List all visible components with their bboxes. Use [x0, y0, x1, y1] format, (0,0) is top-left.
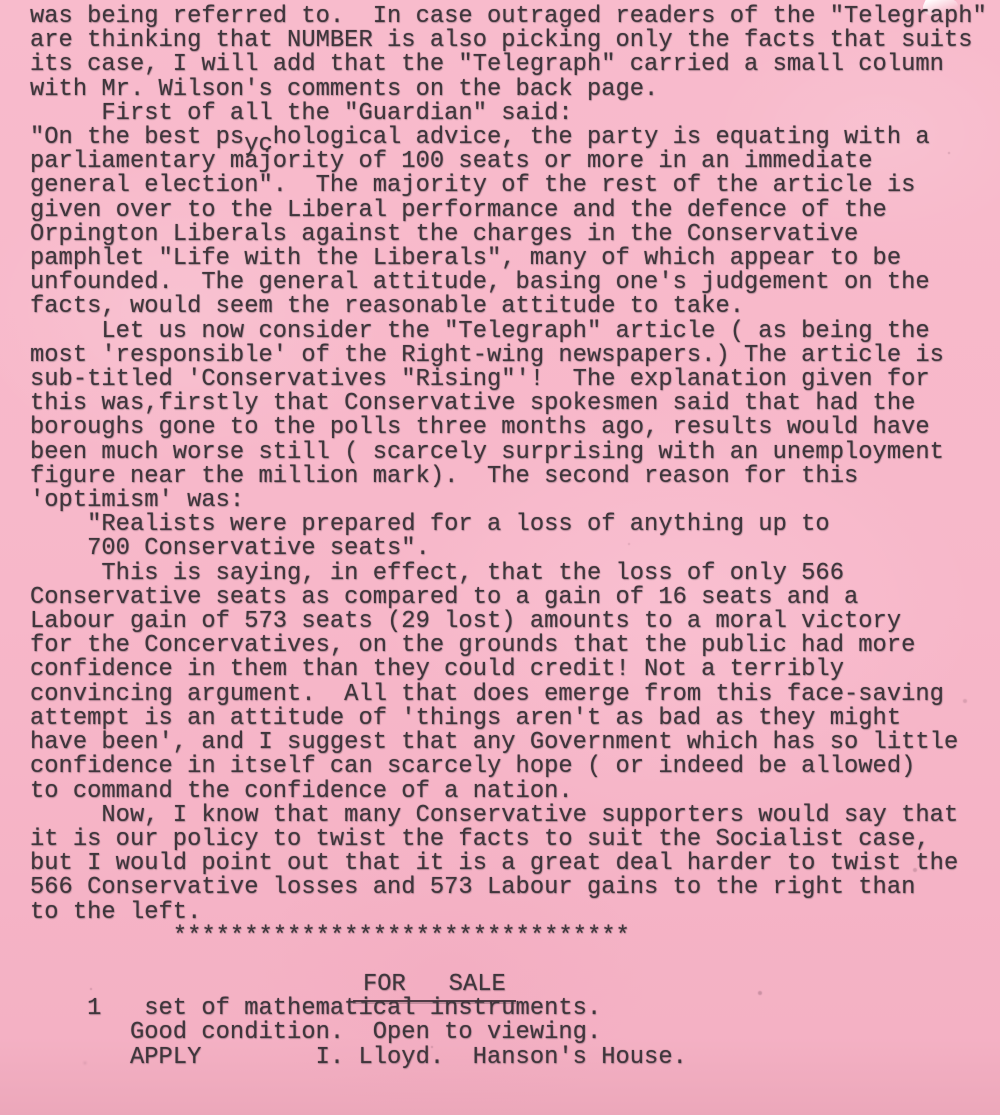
- paragraph-telegraph-article: Let us now consider the "Telegraph" arti…: [30, 320, 1000, 562]
- paragraph-press-comparison: was being referred to. In case outraged …: [30, 5, 1000, 102]
- typewritten-text: was being referred to. In case outraged …: [0, 0, 1000, 1115]
- paragraph-seats-analysis: This is saying, in effect, that the loss…: [30, 562, 1000, 804]
- paragraph-guardian-quote: First of all the "Guardian" said: "On th…: [30, 102, 1000, 320]
- paragraph-text-segment: hological advice, the party is equating …: [30, 124, 930, 320]
- separator-asterisks: ********************************: [30, 925, 1000, 949]
- scanned-letter-page: was being referred to. In case outraged …: [0, 0, 1000, 1115]
- paragraph-conclusion: Now, I know that many Conservative suppo…: [30, 804, 1000, 925]
- dropped-typewriter-letters: yc: [244, 131, 273, 158]
- for-sale-listing: 1 set of mathematical instruments. Good …: [30, 997, 1000, 1070]
- for-sale-heading: FOR SALE: [30, 973, 1000, 997]
